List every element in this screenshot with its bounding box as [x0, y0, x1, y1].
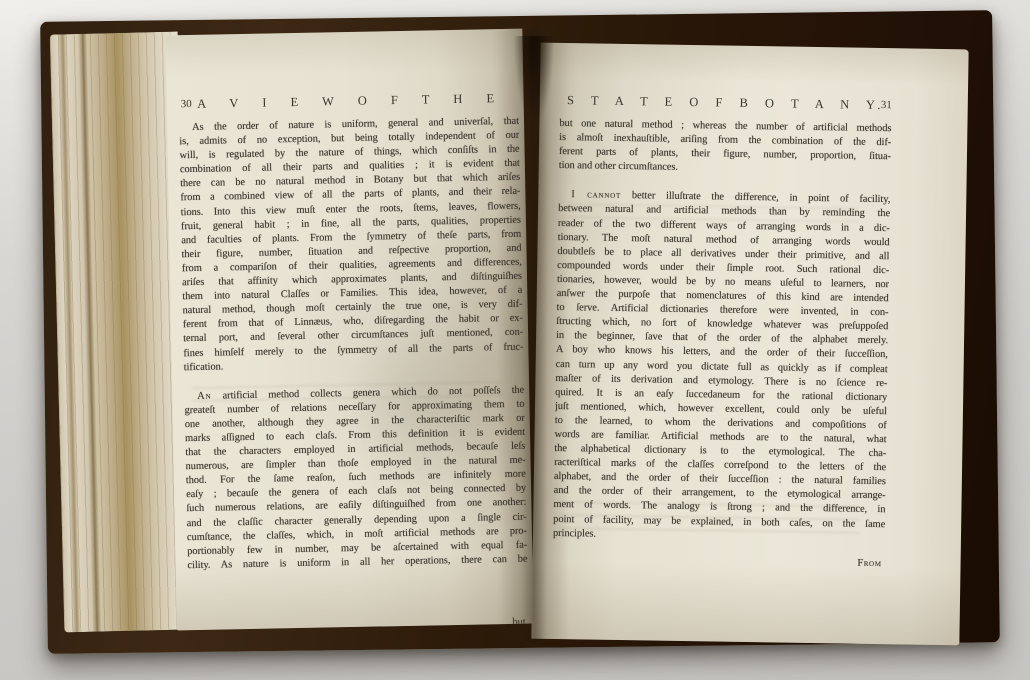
left-page: 30 A V I E W O F T H E As the order of n…	[165, 29, 533, 631]
paragraph: An artificial method collects genera whi…	[184, 383, 527, 573]
left-page-header: 30 A V I E W O F T H E	[179, 91, 519, 116]
right-page-header: S T A T E O F B O T A N Y. 31	[560, 93, 892, 116]
small-caps-lead: I cannot	[571, 190, 621, 202]
running-title: S T A T E O F B O T A N Y.	[560, 93, 892, 113]
right-page: S T A T E O F B O T A N Y. 31 but one na…	[531, 43, 968, 646]
catchword: From	[552, 552, 884, 571]
right-text-column: but one natural method ; whereas the num…	[553, 117, 892, 546]
paragraph: As the order of nature is uniform, gener…	[179, 115, 524, 375]
book-photograph: 30 A V I E W O F T H E As the order of n…	[0, 0, 1030, 680]
running-title: A V I E W O F T H E	[179, 91, 519, 113]
paragraph: I cannot better illuſtrate the differenc…	[553, 188, 890, 546]
small-caps-lead: An	[197, 390, 211, 401]
right-catchword-row: From	[552, 549, 884, 571]
left-text-column: As the order of nature is uniform, gener…	[179, 115, 528, 573]
paragraph: but one natural method ; whereas the num…	[559, 117, 892, 179]
page-number: 31	[881, 99, 892, 111]
